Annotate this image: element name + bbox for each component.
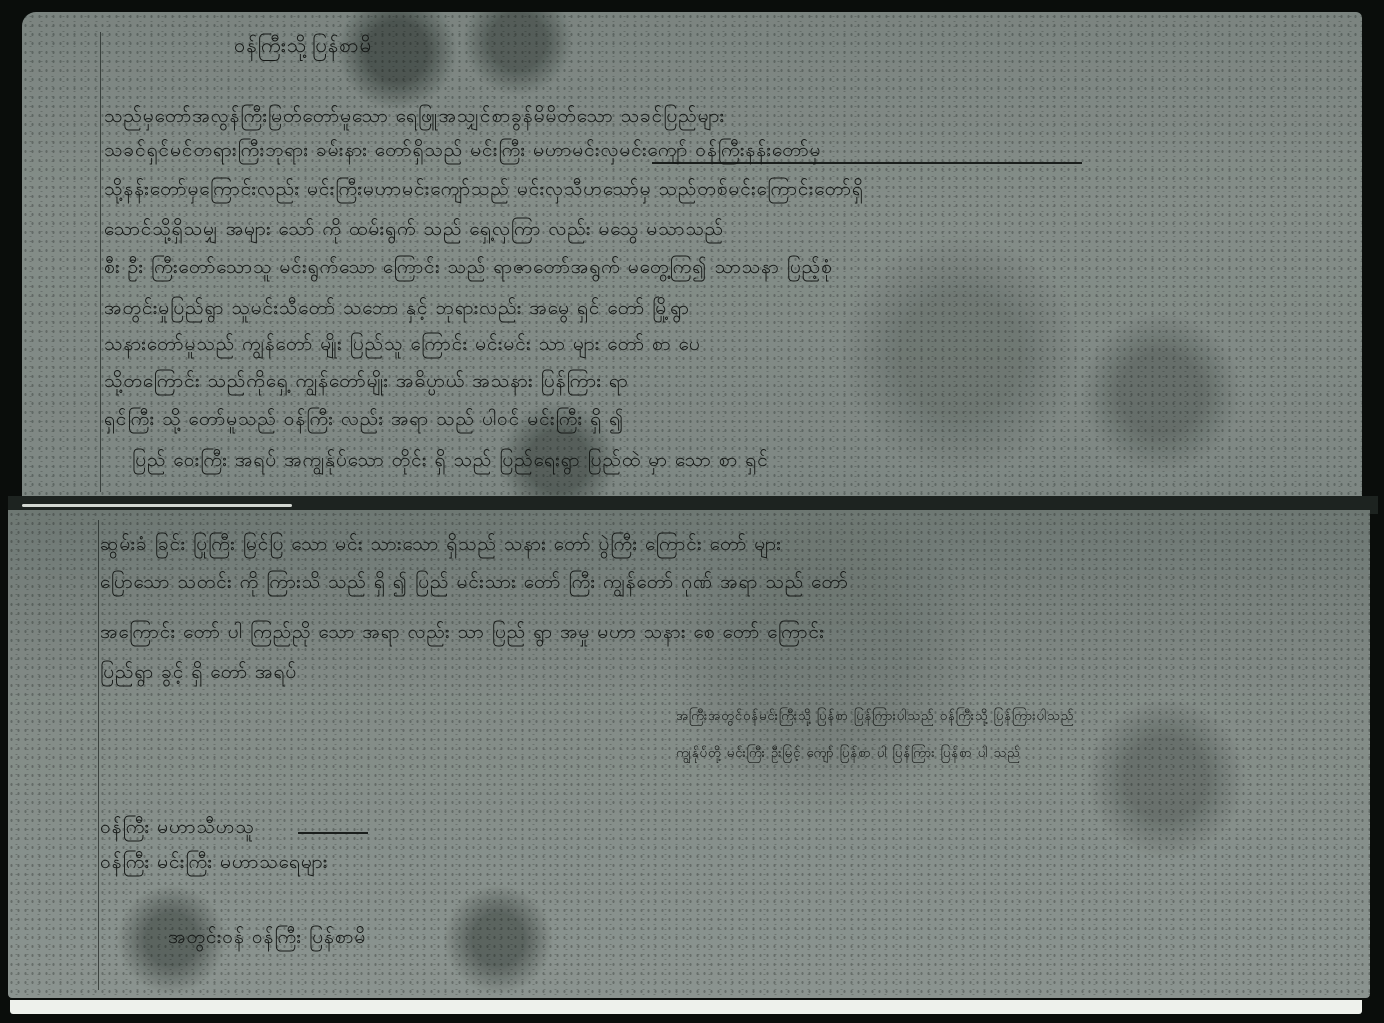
text-line-content: ရှင်ကြီး သို့ တော်မူသည် ဝန်ကြီး လည်း အရာ… [104, 408, 624, 430]
underline-mark [652, 162, 1082, 164]
annotation-text: ကျွန်ုပ်တို့ မင်းကြီး ဦးမြင့် ကျော် ပြန်… [676, 746, 1021, 761]
paper-bottom-edge [10, 1000, 1362, 1014]
signature-line: ဝန်ကြီး မဟာသီဟသူ [100, 815, 255, 843]
text-line-content: သည်မှတော်အလွန်ကြီးမြတ်တော်မူသော ရေဖြူအသျ… [104, 105, 725, 127]
text-line-content: သို့နန်းတော်မှကြောင်းလည်း မင်းကြီးမဟာမင်… [104, 178, 864, 200]
annotation-line: အကြီးအတွင်ဝန်မင်းကြီးသို့ ပြန်စာ ပြန်ကြာ… [676, 708, 1074, 727]
annotation-line: ကျွန်ုပ်တို့ မင်းကြီး ဦးမြင့် ကျော် ပြန်… [676, 745, 1021, 764]
fold-highlight [22, 504, 292, 507]
text-line: သည်မှတော်အလွန်ကြီးမြတ်တော်မူသော ရေဖြူအသျ… [104, 104, 725, 132]
signature-line: ဝန်ကြီး မင်းကြီး မဟာသရေများ [100, 850, 328, 878]
text-line: ရှင်ကြီး သို့ တော်မူသည် ဝန်ကြီး လည်း အရာ… [104, 407, 624, 435]
text-line-content: စီး ဦး ကြီးတော်သောသူ မင်းရွက်သော ကြောင်း… [104, 256, 833, 278]
closing-text: အတွင်းဝန် ဝန်ကြီး ပြန်စာမိ [168, 926, 366, 948]
text-line: ပြည်ရွာ ခွင့် ရှိ တော် အရပ် [100, 660, 297, 688]
heading-text: ဝန်ကြီးသို့ပြန်စာမိ [234, 33, 372, 57]
annotation-text: အကြီးအတွင်ဝန်မင်းကြီးသို့ ပြန်စာ ပြန်ကြာ… [676, 709, 1074, 724]
manuscript-lower-leaf: ဆွမ်းခံ ခြင်း ပြုကြီး မြင်ပြ သော မင်း သာ… [8, 510, 1370, 998]
text-line-content: သခင်ရှင်မင်တရားကြီးဘုရား ခမ်းနား တော်ရှိ… [104, 139, 821, 161]
text-line: သနားတော်မူသည် ကျွန်တော် မျိုး ပြည်သူ ကြေ… [104, 332, 701, 360]
text-line-content: ပြည်ရွာ ခွင့် ရှိ တော် အရပ် [100, 661, 297, 683]
text-line-content: ဆွမ်းခံ ခြင်း ပြုကြီး မြင်ပြ သော မင်း သာ… [100, 533, 782, 555]
text-line-content: ပြည် ဝေးကြီး အရပ် အကျွန်ုပ်သော တိုင်း ရှ… [132, 449, 769, 471]
text-line: ပြောသော သတင်း ကို ကြားသိ သည် ရှိ ၍ ပြည် … [100, 570, 849, 598]
text-line: ပြည် ဝေးကြီး အရပ် အကျွန်ုပ်သော တိုင်း ရှ… [132, 448, 769, 476]
text-line-content: အတွင်းမှုပြည်ရွာ သူမင်းသီတော် သဘော နှင့်… [104, 297, 690, 319]
margin-rule [100, 32, 101, 492]
text-line-content: သနားတော်မူသည် ကျွန်တော် မျိုး ပြည်သူ ကြေ… [104, 333, 701, 355]
margin-rule [98, 520, 99, 990]
text-line: အကြောင်း တော် ပါ ကြည်ညို သော အရာ လည်း သာ… [100, 620, 825, 648]
text-line: သို့နန်းတော်မှကြောင်းလည်း မင်းကြီးမဟာမင်… [104, 177, 864, 205]
manuscript-upper-leaf: ဝန်ကြီးသို့ပြန်စာမိ သည်မှတော်အလွန်ကြီးမြ… [22, 12, 1362, 500]
text-line-content: အကြောင်း တော် ပါ ကြည်ညို သော အရာ လည်း သာ… [100, 621, 825, 643]
heading: ဝန်ကြီးသို့ပြန်စာမိ [234, 32, 372, 62]
text-line: ဆွမ်းခံ ခြင်း ပြုကြီး မြင်ပြ သော မင်း သာ… [100, 532, 782, 560]
signature-text: ဝန်ကြီး မဟာသီဟသူ [100, 816, 255, 838]
text-line: အတွင်းမှုပြည်ရွာ သူမင်းသီတော် သဘော နှင့်… [104, 296, 690, 324]
closing-line: အတွင်းဝန် ဝန်ကြီး ပြန်စာမိ [168, 925, 366, 953]
text-line-content: သို့တကြောင်း သည်ကိုရှေ့ ကျွန်တော်မျိုး အ… [104, 370, 629, 392]
photo-frame: ဝန်ကြီးသို့ပြန်စာမိ သည်မှတော်အလွန်ကြီးမြ… [0, 0, 1384, 1023]
signature-text: ဝန်ကြီး မင်းကြီး မဟာသရေများ [100, 851, 328, 873]
text-line-content: သောင်သို့ရှိသမျှ အများ သော် ကို ထမ်းရွက်… [104, 218, 724, 240]
text-line-content: ပြောသော သတင်း ကို ကြားသိ သည် ရှိ ၍ ပြည် … [100, 571, 849, 593]
text-line: စီး ဦး ကြီးတော်သောသူ မင်းရွက်သော ကြောင်း… [104, 255, 833, 283]
signature-flourish [298, 832, 368, 834]
text-line: သို့တကြောင်း သည်ကိုရှေ့ ကျွန်တော်မျိုး အ… [104, 369, 629, 397]
text-line: သောင်သို့ရှိသမျှ အများ သော် ကို ထမ်းရွက်… [104, 217, 724, 245]
